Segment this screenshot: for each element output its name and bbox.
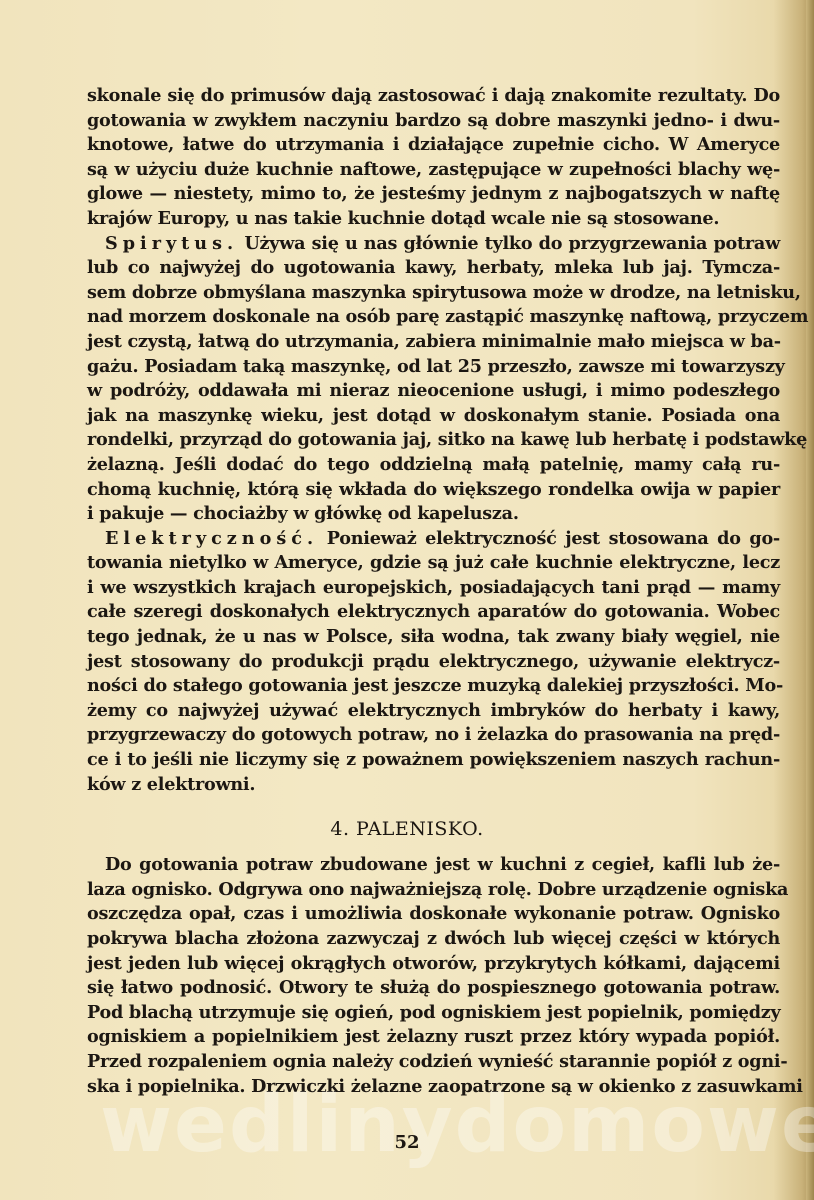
text-line: knotowe, łatwe do utrzymania i działając… [87, 133, 780, 158]
text-line: pokrywa blacha złożona zazwyczaj z dwóch… [87, 927, 780, 952]
text-line: jest jeden lub więcej okrągłych otworów,… [87, 952, 780, 977]
text-line: żelazną. Jeśli dodać do tego oddzielną m… [87, 453, 780, 478]
text-line: jest stosowany do produkcji prądu elektr… [87, 650, 780, 675]
page-edge-shadow [806, 0, 814, 1200]
text-line: tego jednak, że u nas w Polsce, siła wod… [87, 625, 780, 650]
text-line: ogniskiem a popielnikiem jest żelazny ru… [87, 1025, 780, 1050]
watermark: wedlinydomowe.pl [100, 1080, 720, 1170]
text-line: i we wszystkich krajach europejskich, po… [87, 576, 780, 601]
text-line: jak na maszynkę wieku, jest dotąd w dosk… [87, 404, 780, 429]
text-line: są w użyciu duże kuchnie naftowe, zastęp… [87, 158, 780, 183]
text-line: żemy co najwyżej używać elektrycznych im… [87, 699, 780, 724]
text-line: ce i to jeśli nie liczymy się z poważnem… [87, 748, 780, 773]
paragraph-elektrycznosc: Elektryczność. Ponieważ elektryczność je… [87, 527, 780, 798]
text-line: Przed rozpaleniem ognia należy codzień w… [87, 1050, 780, 1075]
text-line: gażu. Posiadam taką maszynkę, od lat 25 … [87, 355, 780, 380]
text-line: skonale się do primusów dają zastosować … [87, 84, 780, 109]
text-line: glowe — niestety, mimo to, że jesteśmy j… [87, 182, 780, 207]
text-line: Pod blachą utrzymuje się ogień, pod ogni… [87, 1001, 780, 1026]
paragraph-palenisko: Do gotowania potraw zbudowane jest w kuc… [87, 853, 780, 1099]
text-line: się łatwo podnosić. Otwory te służą do p… [87, 976, 780, 1001]
paragraph-spirytus: Spirytus. Używa się u nas głównie tylko … [87, 232, 780, 527]
text-line: gotowania w zwykłem naczyniu bardzo są d… [87, 109, 780, 134]
text-fragment: Ponieważ elektryczność jest stosowana do… [327, 528, 780, 549]
text-line: i pakuje — chociażby w główkę od kapelus… [87, 502, 780, 527]
book-page: skonale się do primusów dają zastosować … [0, 0, 814, 1200]
text-line: laza ognisko. Odgrywa ono najważniejszą … [87, 878, 780, 903]
text-line: ności do stałego gotowania jest jeszcze … [87, 674, 780, 699]
text-line: oszczędza opał, czas i umożliwia doskona… [87, 902, 780, 927]
text-line: sem dobrze obmyślana maszynka spirytusow… [87, 281, 780, 306]
body-text: skonale się do primusów dają zastosować … [87, 84, 780, 1099]
page-number: 52 [0, 1132, 814, 1153]
text-line: przygrzewaczy do gotowych potraw, no i ż… [87, 723, 780, 748]
text-fragment: Używa się u nas głównie tylko do przygrz… [244, 233, 780, 254]
text-line: w podróży, oddawała mi nieraz nieocenion… [87, 379, 780, 404]
text-line: całe szeregi doskonałych elektrycznych a… [87, 600, 780, 625]
text-line: Spirytus. Używa się u nas głównie tylko … [87, 232, 780, 257]
text-line: ków z elektrowni. [87, 773, 780, 798]
text-line: krajów Europy, u nas takie kuchnie dotąd… [87, 207, 780, 232]
text-line: chomą kuchnię, którą się wkłada do więks… [87, 478, 780, 503]
text-line: Elektryczność. Ponieważ elektryczność je… [87, 527, 780, 552]
term-spirytus: Spirytus. [105, 233, 238, 254]
paragraph-naftowe: skonale się do primusów dają zastosować … [87, 84, 780, 232]
text-line: jest czystą, łatwą do utrzymania, zabier… [87, 330, 780, 355]
section-heading: 4. PALENISKO. [0, 818, 814, 840]
text-line: Do gotowania potraw zbudowane jest w kuc… [87, 853, 780, 878]
text-line: rondelki, przyrząd do gotowania jaj, sit… [87, 428, 780, 453]
text-line: towania nietylko w Ameryce, gdzie są już… [87, 551, 780, 576]
text-line: nad morzem doskonale na osób parę zastąp… [87, 305, 780, 330]
text-line: lub co najwyżej do ugotowania kawy, herb… [87, 256, 780, 281]
term-elektrycznosc: Elektryczność. [105, 528, 318, 549]
